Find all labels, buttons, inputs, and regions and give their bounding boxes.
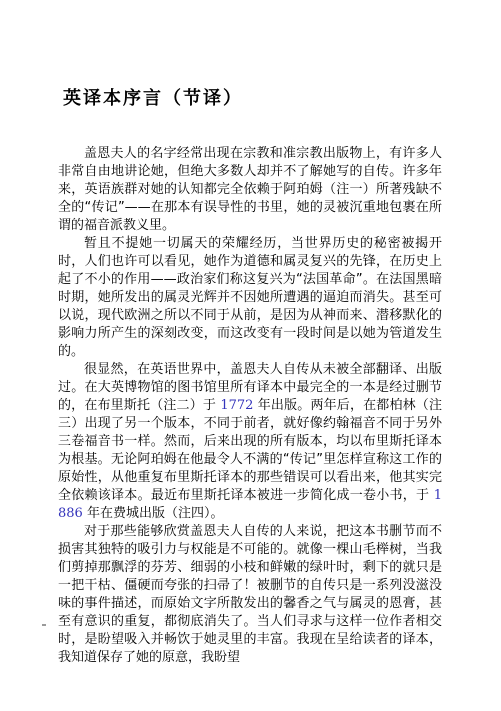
paragraph: 暂且不提她一切属天的荣耀经历，当世界历史的秘密被揭开时，人们也许可以看见，她作为… xyxy=(58,235,442,361)
body-text: 盖恩夫人的名字经常出现在宗教和准宗教出版物上，有许多人非常自由地讲论她，但绝大多… xyxy=(58,145,442,667)
paragraph: 对于那些能够欣赏盖恩夫人自传的人来说，把这本书删节而不损害其独特的吸引力与权能是… xyxy=(58,523,442,667)
paragraph: 盖恩夫人的名字经常出现在宗教和准宗教出版物上，有许多人非常自由地讲论她，但绝大多… xyxy=(58,145,442,235)
year-number: 1886 xyxy=(58,488,442,521)
paragraph: 很显然，在英语世界中，盖恩夫人自传从未被全部翻译、出版过。在大英博物馆的图书馆里… xyxy=(58,361,442,523)
page-title: 英译本序言（节译） xyxy=(63,84,243,110)
document-page: 英译本序言（节译） 盖恩夫人的名字经常出现在宗教和准宗教出版物上，有许多人非常自… xyxy=(0,0,501,711)
stray-mark xyxy=(42,624,46,626)
year-number: 1772 xyxy=(220,398,253,413)
